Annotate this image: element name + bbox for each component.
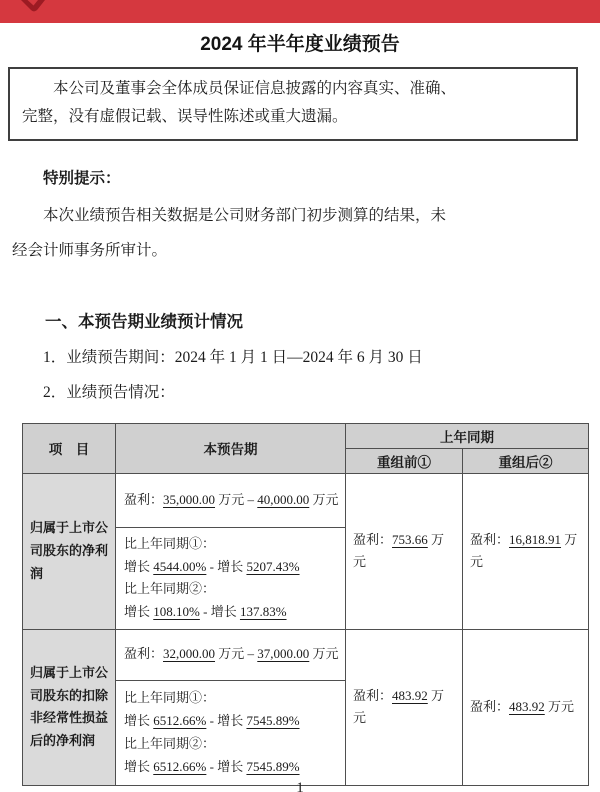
underlined-value: 6512.66%: [153, 759, 206, 774]
app-header-bar: [0, 0, 600, 23]
disclaimer-line-2: 完整，没有虚假记载、误导性陈述或重大遗漏。: [22, 103, 564, 131]
grow-text: 增长: [124, 604, 153, 619]
disclaimer-box: 本公司及董事会全体成员保证信息披露的内容真实、准确、 完整，没有虚假记载、误导性…: [8, 67, 578, 141]
grow-text: 增长: [124, 713, 153, 728]
col-header-pre-restructure: 重组前①: [346, 448, 463, 473]
yoy-line-1: 增长 4544.00% - 增长 5207.43%: [124, 556, 339, 579]
yoy-label-2: 比上年同期②：: [124, 733, 339, 756]
grow-sep: - 增长: [206, 759, 246, 774]
yoy-change-cell: 比上年同期①： 增长 4544.00% - 增长 5207.43% 比上年同期②…: [116, 527, 346, 629]
prior-pre-cell: 盈利：753.66 万元: [346, 473, 463, 629]
underlined-value: 40,000.00: [257, 492, 309, 507]
special-notice-heading: 特别提示：: [12, 167, 588, 190]
yoy-label-1: 比上年同期①：: [124, 687, 339, 710]
disclaimer-line-1: 本公司及董事会全体成员保证信息披露的内容真实、准确、: [22, 75, 564, 103]
underlined-value: 37,000.00: [257, 646, 309, 661]
profit-label: 盈利：: [470, 699, 509, 714]
underlined-value: 137.83%: [240, 604, 287, 619]
underlined-value: 753.66: [392, 532, 428, 547]
grow-text: 增长: [124, 559, 153, 574]
profit-unit: 万元: [309, 646, 338, 661]
forecast-table: 项 目 本预告期 上年同期 重组前① 重组后② 归属于上市公司股东的净利润 盈利…: [22, 423, 589, 786]
underlined-value: 7545.89%: [246, 713, 299, 728]
table-row: 归属于上市公司股东的净利润 盈利：35,000.00 万元 – 40,000.0…: [23, 473, 589, 527]
yoy-line-1: 增长 6512.66% - 增长 7545.89%: [124, 710, 339, 733]
underlined-value: 32,000.00: [163, 646, 215, 661]
underlined-value: 35,000.00: [163, 492, 215, 507]
item-cell-net-profit: 归属于上市公司股东的净利润: [23, 473, 116, 629]
underlined-value: 483.92: [509, 699, 545, 714]
page-number: 1: [0, 780, 600, 792]
col-header-post-restructure: 重组后②: [463, 448, 589, 473]
col-header-item: 项 目: [23, 423, 116, 473]
yoy-change-cell: 比上年同期①： 增长 6512.66% - 增长 7545.89% 比上年同期②…: [116, 680, 346, 785]
underlined-value: 108.10%: [153, 604, 200, 619]
col-header-forecast-period: 本预告期: [116, 423, 346, 473]
grow-sep: - 增长: [206, 559, 246, 574]
forecast-profit-cell: 盈利：35,000.00 万元 – 40,000.00 万元: [116, 473, 346, 527]
list-item-forecast-period: 1．业绩预告期间：2024 年 1 月 1 日—2024 年 6 月 30 日: [12, 347, 588, 369]
profit-mid: 万元 –: [215, 646, 257, 661]
prior-post-cell: 盈利：483.92 万元: [463, 629, 589, 785]
profit-label: 盈利：: [353, 688, 392, 703]
grow-sep: - 增长: [200, 604, 240, 619]
prior-pre-cell: 盈利：483.92 万元: [346, 629, 463, 785]
prior-post-cell: 盈利：16,818.91 万元: [463, 473, 589, 629]
yoy-line-2: 增长 6512.66% - 增长 7545.89%: [124, 756, 339, 779]
yoy-line-2: 增长 108.10% - 增长 137.83%: [124, 601, 339, 624]
special-notice-line-1: 本次业绩预告相关数据是公司财务部门初步测算的结果，未: [12, 199, 588, 234]
profit-mid: 万元 –: [215, 492, 257, 507]
col-header-prior-period: 上年同期: [346, 423, 589, 448]
special-notice-body: 本次业绩预告相关数据是公司财务部门初步测算的结果，未 经会计师事务所审计。: [12, 199, 588, 269]
section-heading: 一、本预告期业绩预计情况: [12, 311, 588, 334]
table-row: 归属于上市公司股东的扣除非经常性损益后的净利润 盈利：32,000.00 万元 …: [23, 629, 589, 680]
profit-label: 盈利：: [470, 532, 509, 547]
profit-unit: 万元: [545, 699, 574, 714]
forecast-profit-cell: 盈利：32,000.00 万元 – 37,000.00 万元: [116, 629, 346, 680]
underlined-value: 16,818.91: [509, 532, 561, 547]
profit-unit: 万元: [309, 492, 338, 507]
underlined-value: 5207.43%: [246, 559, 299, 574]
underlined-value: 483.92: [392, 688, 428, 703]
brand-swoosh-icon: [18, 0, 48, 13]
profit-label: 盈利：: [124, 646, 163, 661]
document-page: { "colors": { "topbar": "#d5383f", "logo…: [0, 0, 600, 792]
underlined-value: 4544.00%: [153, 559, 206, 574]
special-notice-line-2: 经会计师事务所审计。: [12, 234, 588, 269]
underlined-value: 7545.89%: [246, 759, 299, 774]
item-cell-net-profit-excl-nonrecurring: 归属于上市公司股东的扣除非经常性损益后的净利润: [23, 629, 116, 785]
profit-label: 盈利：: [124, 492, 163, 507]
page-title: 2024 年半年度业绩预告: [0, 32, 600, 57]
yoy-label-1: 比上年同期①：: [124, 533, 339, 556]
grow-text: 增长: [124, 759, 153, 774]
yoy-label-2: 比上年同期②：: [124, 578, 339, 601]
grow-sep: - 增长: [206, 713, 246, 728]
list-item-forecast-summary: 2．业绩预告情况：: [12, 382, 588, 404]
underlined-value: 6512.66%: [153, 713, 206, 728]
profit-label: 盈利：: [353, 532, 392, 547]
